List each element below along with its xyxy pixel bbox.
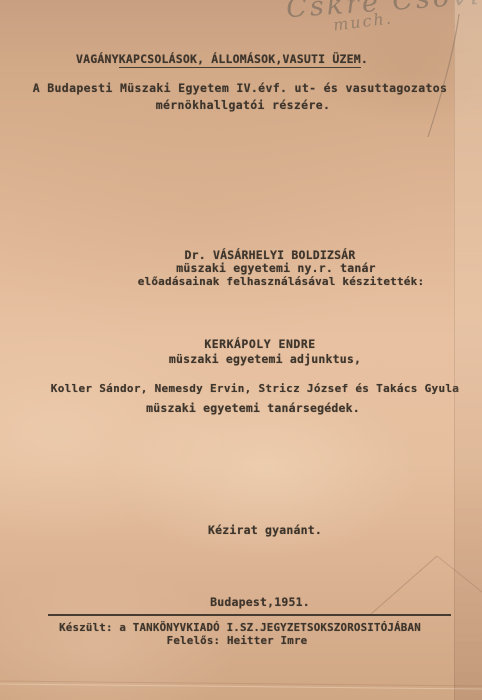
document-title: VAGÁNYKAPCSOLÁSOK, ÁLLOMÁSOK,VASUTI ÜZEM… xyxy=(0,53,463,66)
horizontal-rule xyxy=(48,614,451,616)
imprint-line: Budapest,1951. xyxy=(19,596,482,609)
title-suffix: . xyxy=(361,52,368,66)
author-name: KERKÁPOLY ENDRE xyxy=(19,338,482,351)
professor-role: müszaki egyetemi ny.r. tanár xyxy=(35,262,482,275)
contributor-role: müszaki egyetemi tanársegédek. xyxy=(12,402,482,415)
author-role: müszaki egyetemi adjunktus, xyxy=(24,353,482,366)
manuscript-note: Kézirat gyanánt. xyxy=(24,524,482,537)
scanned-document-page: Cskre Csovle much. VAGÁNYKAPCSOLÁSOK, ÁL… xyxy=(0,0,482,700)
contributor-names: Koller Sándor, Nemesdy Ervin, Stricz Józ… xyxy=(14,382,482,395)
professor-note: előadásainak felhasználásával készitetté… xyxy=(40,275,482,288)
subtitle-line-1: A Budapesti Müszaki Egyetem IV.évf. ut- … xyxy=(0,82,481,95)
title-pre: VAGÁNY xyxy=(76,52,119,66)
colophon-line-1: Készült: a TANKÖNYVKIADÓ I.SZ.JEGYZETSOK… xyxy=(0,621,481,634)
page-edge-shading xyxy=(454,0,482,700)
colophon-line-2: Felelős: Heitter Imre xyxy=(0,634,478,647)
title-underlined: KAPCSOLÁSOK, ÁLLOMÁSOK,VASUTI ÜZEM xyxy=(119,52,361,68)
bottom-crease-line xyxy=(0,681,482,686)
subtitle-line-2: mérnökhallgatói részére. xyxy=(2,99,482,112)
bottom-crease-highlight xyxy=(0,684,482,689)
